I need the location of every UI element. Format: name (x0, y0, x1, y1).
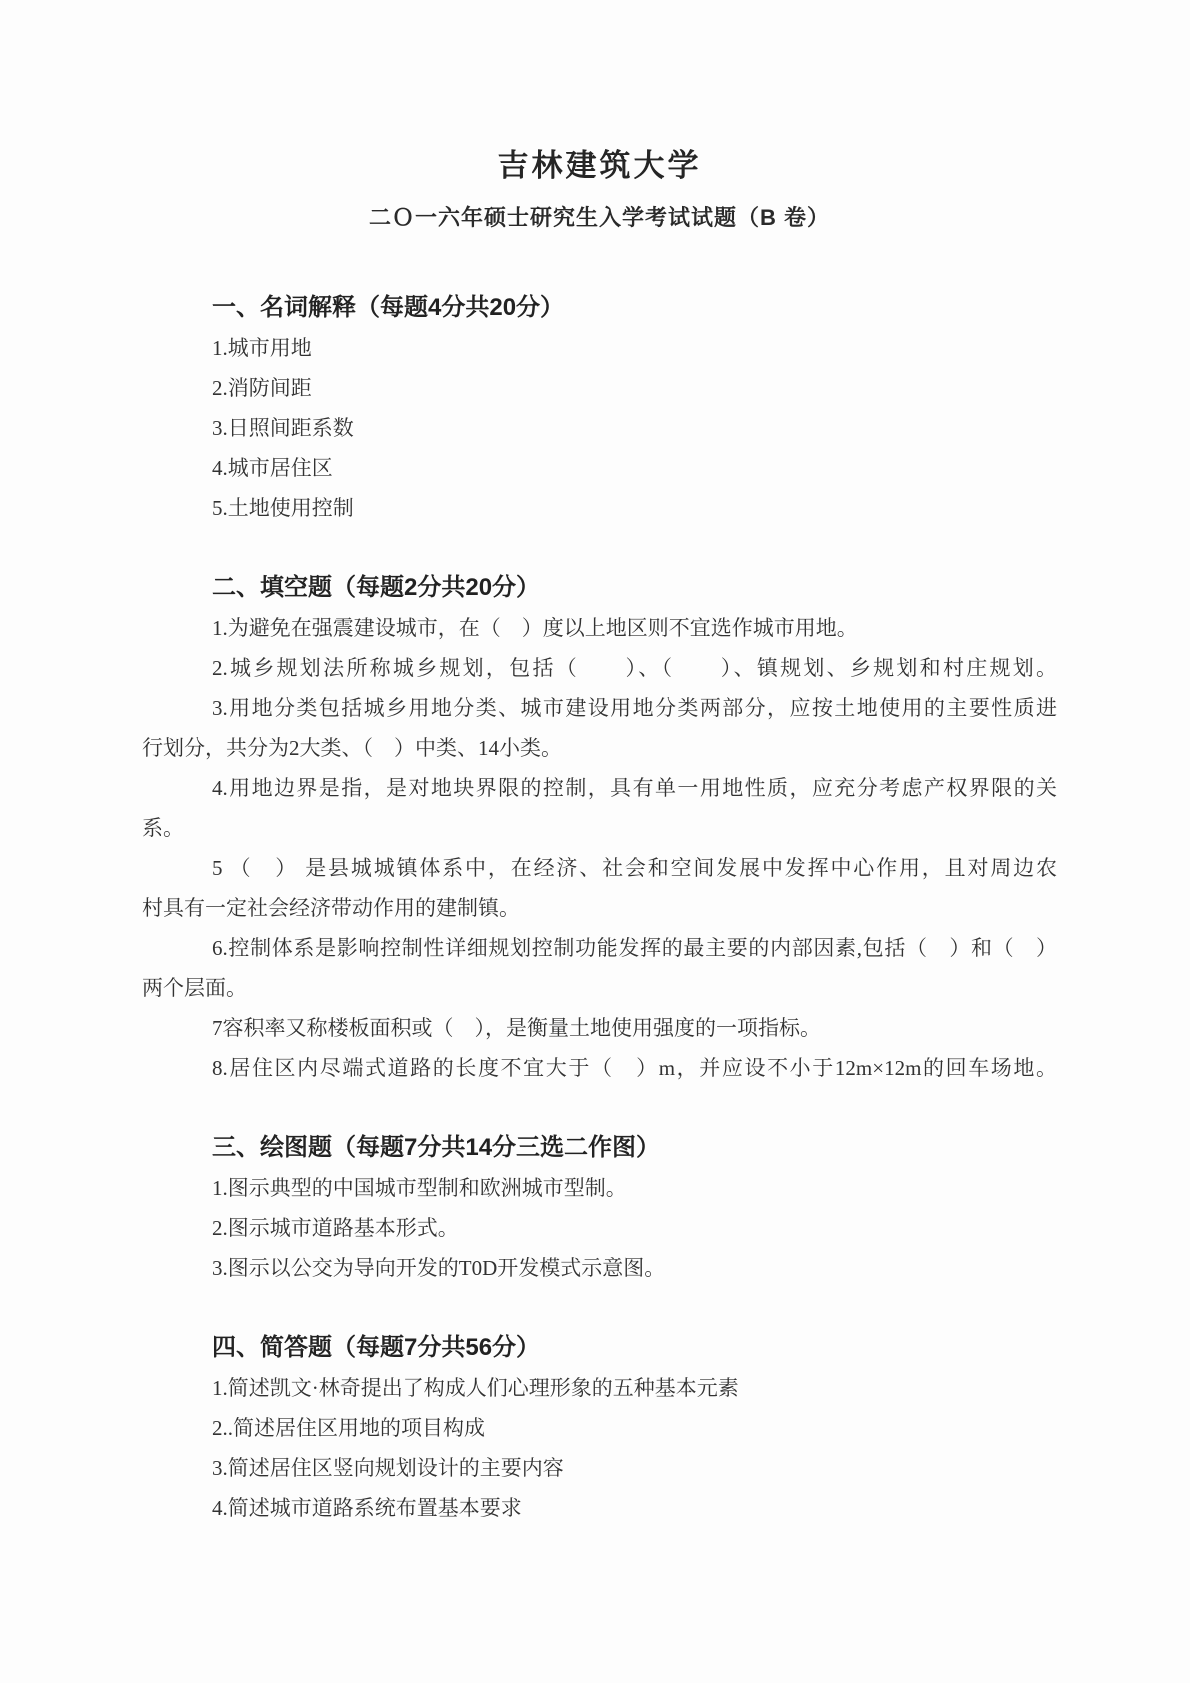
question-line: 1.简述凯文·林奇提出了构成人们心理形象的五种基本元素 (142, 1368, 1057, 1408)
section-heading-drawing: 三、绘图题（每题7分共14分三选二作图） (142, 1128, 1057, 1168)
question-line: 2.城乡规划法所称城乡规划，包括（ ）、（ ）、镇规划、乡规划和村庄规划。 (142, 648, 1057, 688)
section-heading-short-answer: 四、简答题（每题7分共56分） (142, 1328, 1057, 1368)
question-line: 4.城市居住区 (142, 448, 1057, 488)
section-heading-term-definitions: 一、名词解释（每题4分共20分） (142, 288, 1057, 328)
question-line: 1.为避免在强震建设城市，在（ ）度以上地区则不宜选作城市用地。 (142, 608, 1057, 648)
question-line: 6.控制体系是影响控制性详细规划控制功能发挥的最主要的内部因素,包括（ ）和（ … (142, 928, 1057, 968)
question-line: 1.图示典型的中国城市型制和欧洲城市型制。 (142, 1168, 1057, 1208)
exam-paper-page: 吉林建筑大学 二Ｏ一六年硕士研究生入学考试试题（B 卷） 一、名词解释（每题4分… (0, 0, 1190, 1683)
page-subtitle: 二Ｏ一六年硕士研究生入学考试试题（B 卷） (142, 200, 1057, 236)
section-heading-fill-in-blanks: 二、填空题（每题2分共20分） (142, 568, 1057, 608)
question-line: 1.城市用地 (142, 328, 1057, 368)
question-line: 2..简述居住区用地的项目构成 (142, 1408, 1057, 1448)
question-line: 3.日照间距系数 (142, 408, 1057, 448)
question-line: 8.居住区内尽端式道路的长度不宜大于（ ）m，并应设不小于12m×12m的回车场… (142, 1048, 1057, 1088)
question-line-continuation: 村具有一定社会经济带动作用的建制镇。 (142, 888, 1057, 928)
page-title: 吉林建筑大学 (142, 142, 1057, 190)
question-line: 4.用地边界是指，是对地块界限的控制，具有单一用地性质，应充分考虑产权界限的关 (142, 768, 1057, 808)
question-line: 5 （ ） 是县城城镇体系中，在经济、社会和空间发展中发挥中心作用，且对周边农 (142, 848, 1057, 888)
question-line: 5.土地使用控制 (142, 488, 1057, 528)
question-line: 2.消防间距 (142, 368, 1057, 408)
question-line: 3.图示以公交为导向开发的T0D开发模式示意图。 (142, 1248, 1057, 1288)
question-line: 7容积率又称楼板面积或（ ），是衡量土地使用强度的一项指标。 (142, 1008, 1057, 1048)
question-line-continuation: 行划分，共分为2大类、（ ）中类、14小类。 (142, 728, 1057, 768)
question-line: 2.图示城市道路基本形式。 (142, 1208, 1057, 1248)
question-line: 3.简述居住区竖向规划设计的主要内容 (142, 1448, 1057, 1488)
exam-document: 吉林建筑大学 二Ｏ一六年硕士研究生入学考试试题（B 卷） 一、名词解释（每题4分… (142, 0, 1057, 1528)
question-line: 4.简述城市道路系统布置基本要求 (142, 1488, 1057, 1528)
question-line: 3.用地分类包括城乡用地分类、城市建设用地分类两部分，应按土地使用的主要性质进 (142, 688, 1057, 728)
question-line-continuation: 两个层面。 (142, 968, 1057, 1008)
question-line-continuation: 系。 (142, 808, 1057, 848)
